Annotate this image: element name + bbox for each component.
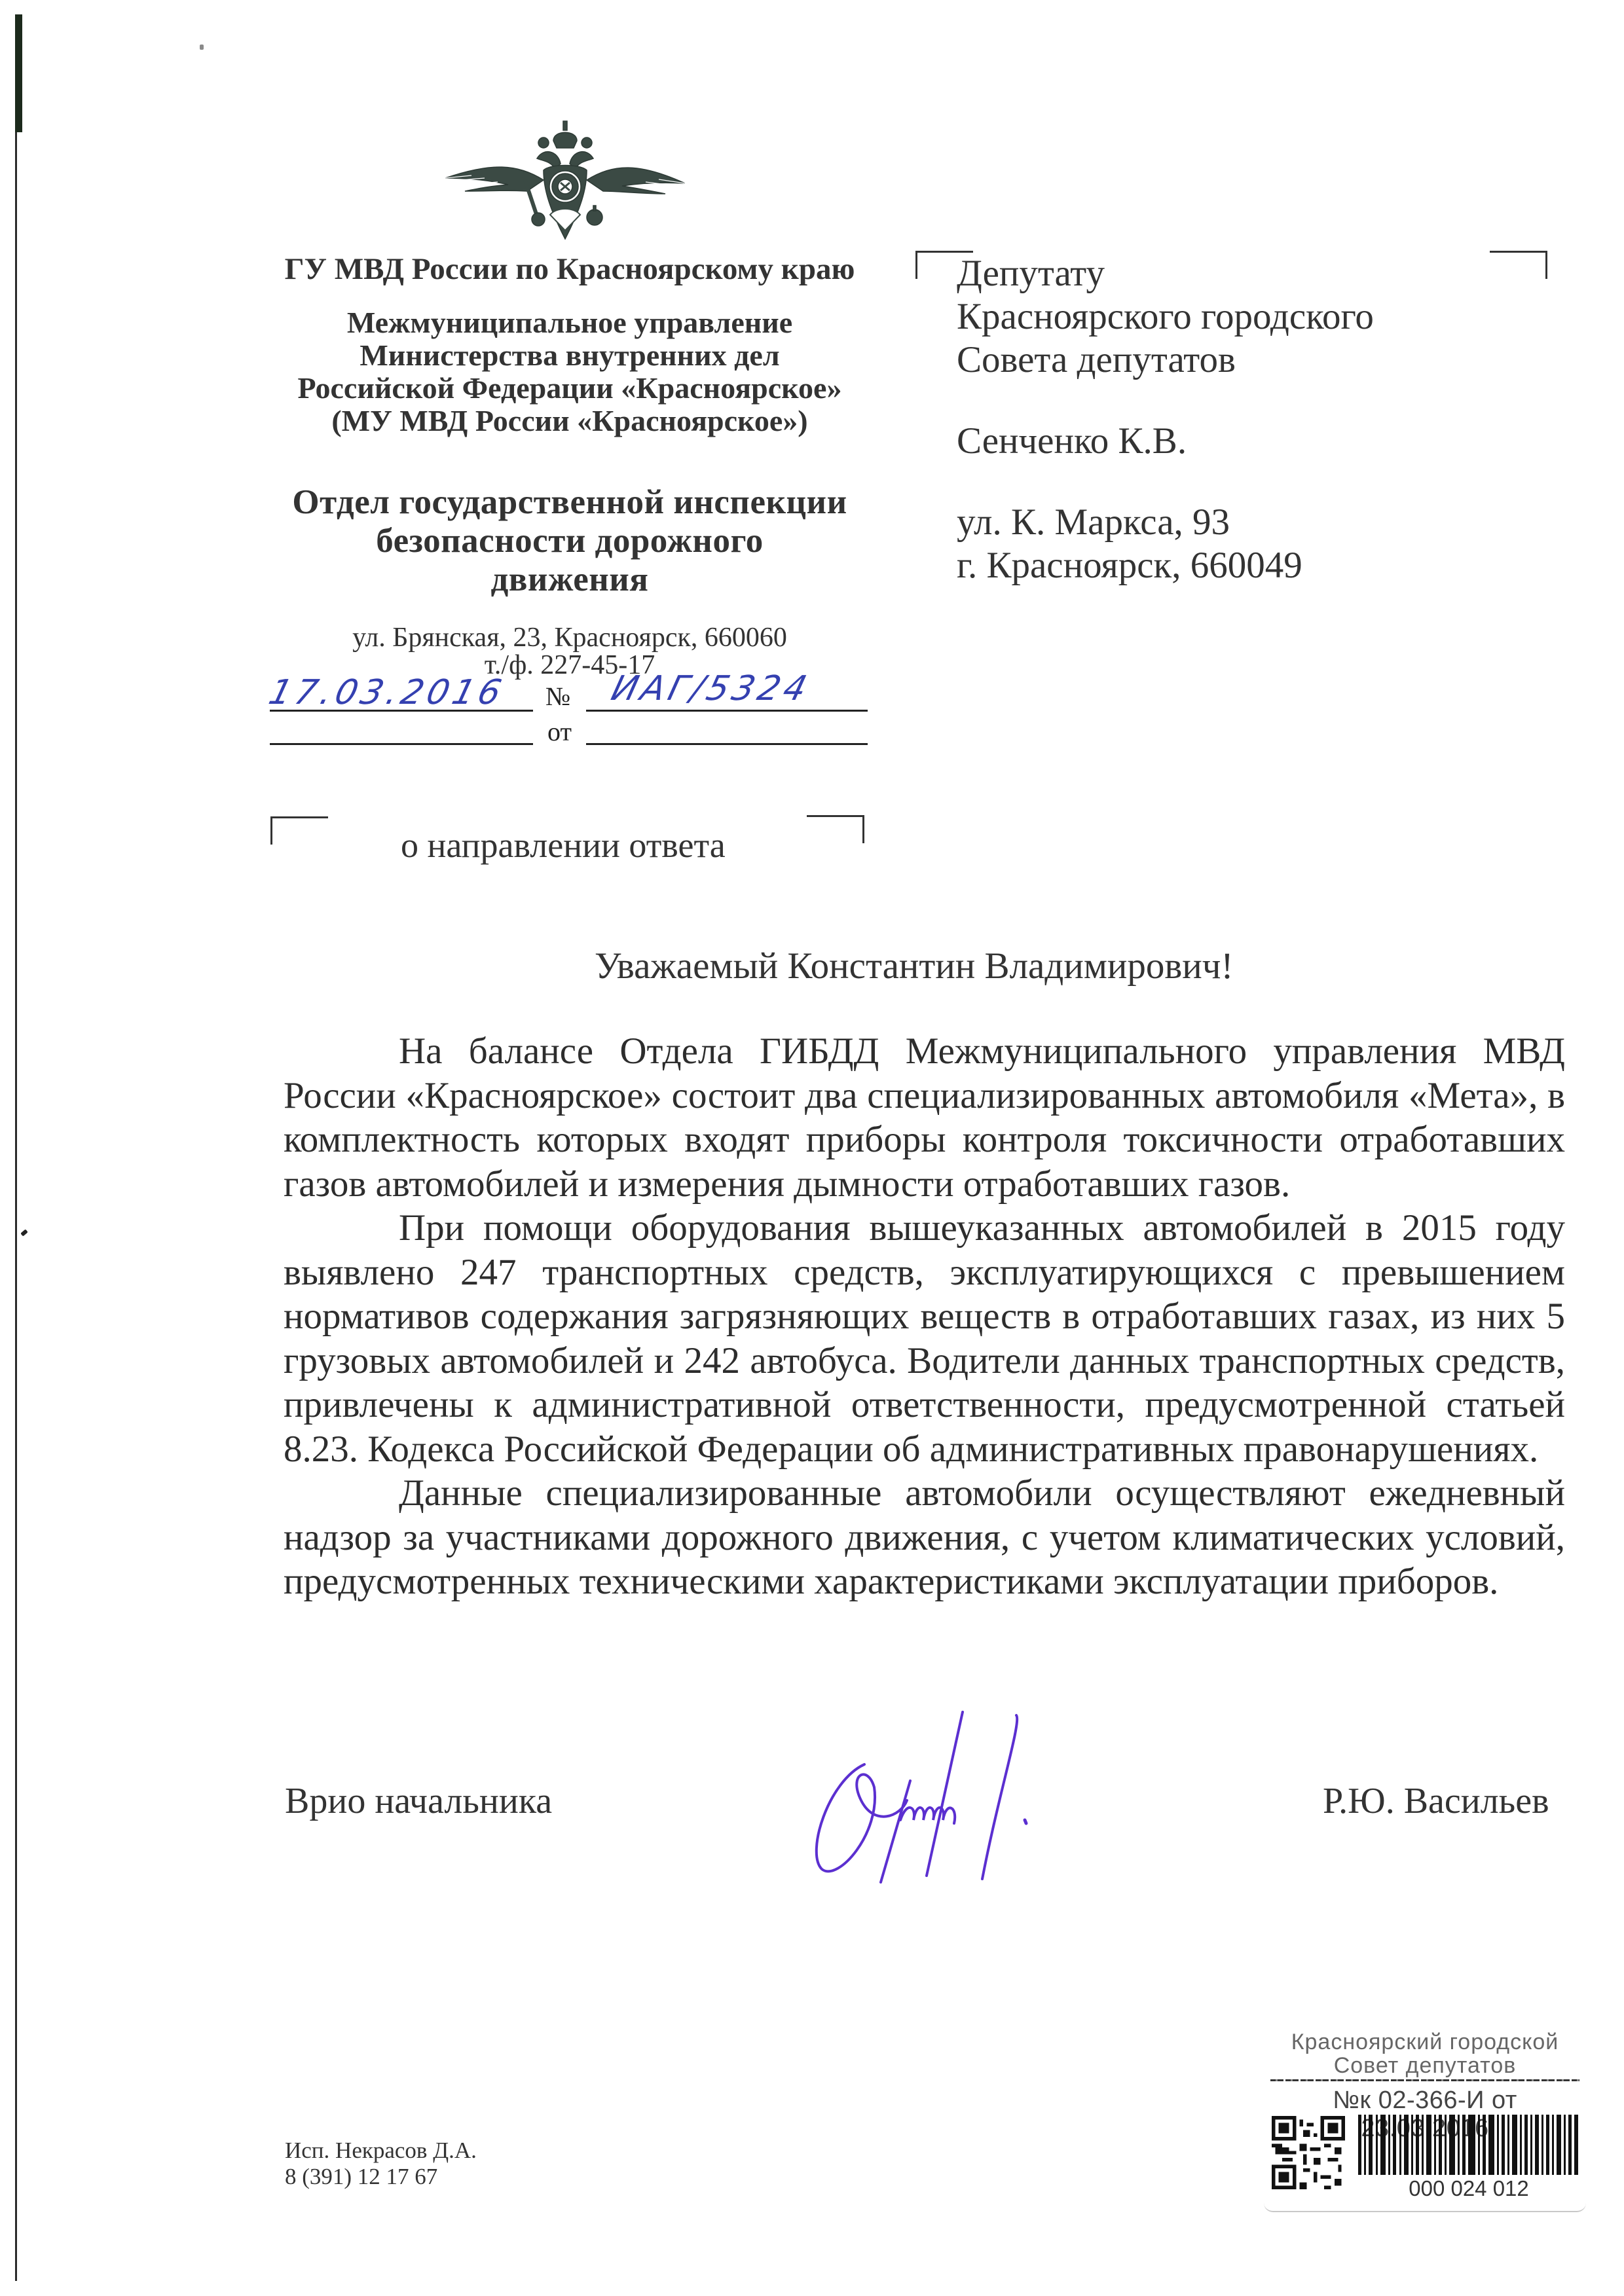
outgoing-date-handwritten: 17.03.2016: [265, 673, 509, 712]
recipient-address-line: г. Красноярск, 660049: [957, 544, 1374, 587]
registration-stamp: Красноярский городской Совет депутатов №…: [1264, 2024, 1586, 2212]
from-label: от: [547, 716, 572, 747]
barcode-icon: [1358, 2115, 1579, 2175]
from-number-underline: [586, 743, 868, 745]
signature-icon: [802, 1702, 1143, 1899]
barcode-number: 000 024 012: [1358, 2176, 1579, 2201]
org-line: Межмуниципальное управление: [262, 306, 877, 339]
recipient-address-line: ул. К. Маркса, 93: [957, 501, 1374, 544]
from-date-underline: [270, 743, 533, 745]
executor-name: Исп. Некрасов Д.А.: [285, 2138, 477, 2164]
recipient-title-line: Красноярского городского: [957, 295, 1374, 338]
subject-corner-left: [270, 816, 328, 845]
number-label: №: [545, 681, 570, 712]
salutation: Уважаемый Константин Владимирович!: [595, 945, 1233, 987]
signatory-name: Р.Ю. Васильев: [1323, 1780, 1549, 1822]
recipient-title-line: Депутату: [957, 252, 1374, 295]
eagle-emblem-icon: [445, 118, 685, 242]
body-paragraph: При помощи оборудования вышеуказанных ав…: [284, 1206, 1565, 1471]
agency-name: ГУ МВД России по Красноярскому краю: [262, 251, 877, 287]
number-underline: [586, 710, 868, 712]
stamp-org-line: Красноярский городской: [1264, 2030, 1586, 2055]
dept-line: движения: [262, 560, 877, 599]
subject-corner-right: [807, 815, 864, 843]
scan-speck: [20, 1229, 28, 1236]
org-line: (МУ МВД России «Красноярское»): [262, 405, 877, 437]
dept-line: безопасности дорожного: [262, 522, 877, 560]
executor-phone: 8 (391) 12 17 67: [285, 2164, 477, 2190]
letter-subject: о направлении ответа: [401, 825, 726, 866]
outgoing-number-handwritten: ИАГ/5324: [608, 669, 815, 708]
recipient-corner-right: [1490, 251, 1547, 279]
stamp-separator: [1270, 2079, 1579, 2081]
signatory-role: Врио начальника: [285, 1780, 552, 1822]
body-paragraph: Данные специализированные автомобили осу…: [284, 1471, 1565, 1604]
recipient-name: Сенченко К.В.: [957, 420, 1374, 463]
stamp-org-line: Совет депутатов: [1264, 2053, 1586, 2079]
recipient-title-line: Совета депутатов: [957, 338, 1374, 382]
letter-body: На балансе Отдела ГИБДД Межмуниципальног…: [284, 1029, 1565, 1604]
dept-line: Отдел государственной инспекции: [262, 483, 877, 522]
date-underline: [270, 710, 533, 712]
qr-code-icon: [1272, 2115, 1345, 2191]
executor-info: Исп. Некрасов Д.А. 8 (391) 12 17 67: [285, 2138, 477, 2190]
handwritten-signature: [802, 1702, 1143, 1899]
scan-speck: [200, 45, 204, 50]
department-name: Отдел государственной инспекции безопасн…: [262, 483, 877, 599]
org-line: Министерства внутренних дел: [262, 339, 877, 372]
org-line: Российской Федерации «Красноярское»: [262, 372, 877, 405]
sender-address: ул. Брянская, 23, Красноярск, 660060: [262, 624, 877, 651]
emblem: [445, 118, 685, 242]
recipient-block: Депутату Красноярского городского Совета…: [957, 252, 1374, 587]
body-paragraph: На балансе Отдела ГИБДД Межмуниципальног…: [284, 1029, 1565, 1206]
organization-name: Межмуниципальное управление Министерства…: [262, 306, 877, 437]
scan-edge-line: [15, 14, 17, 2281]
scan-edge-shadow: [15, 14, 22, 132]
